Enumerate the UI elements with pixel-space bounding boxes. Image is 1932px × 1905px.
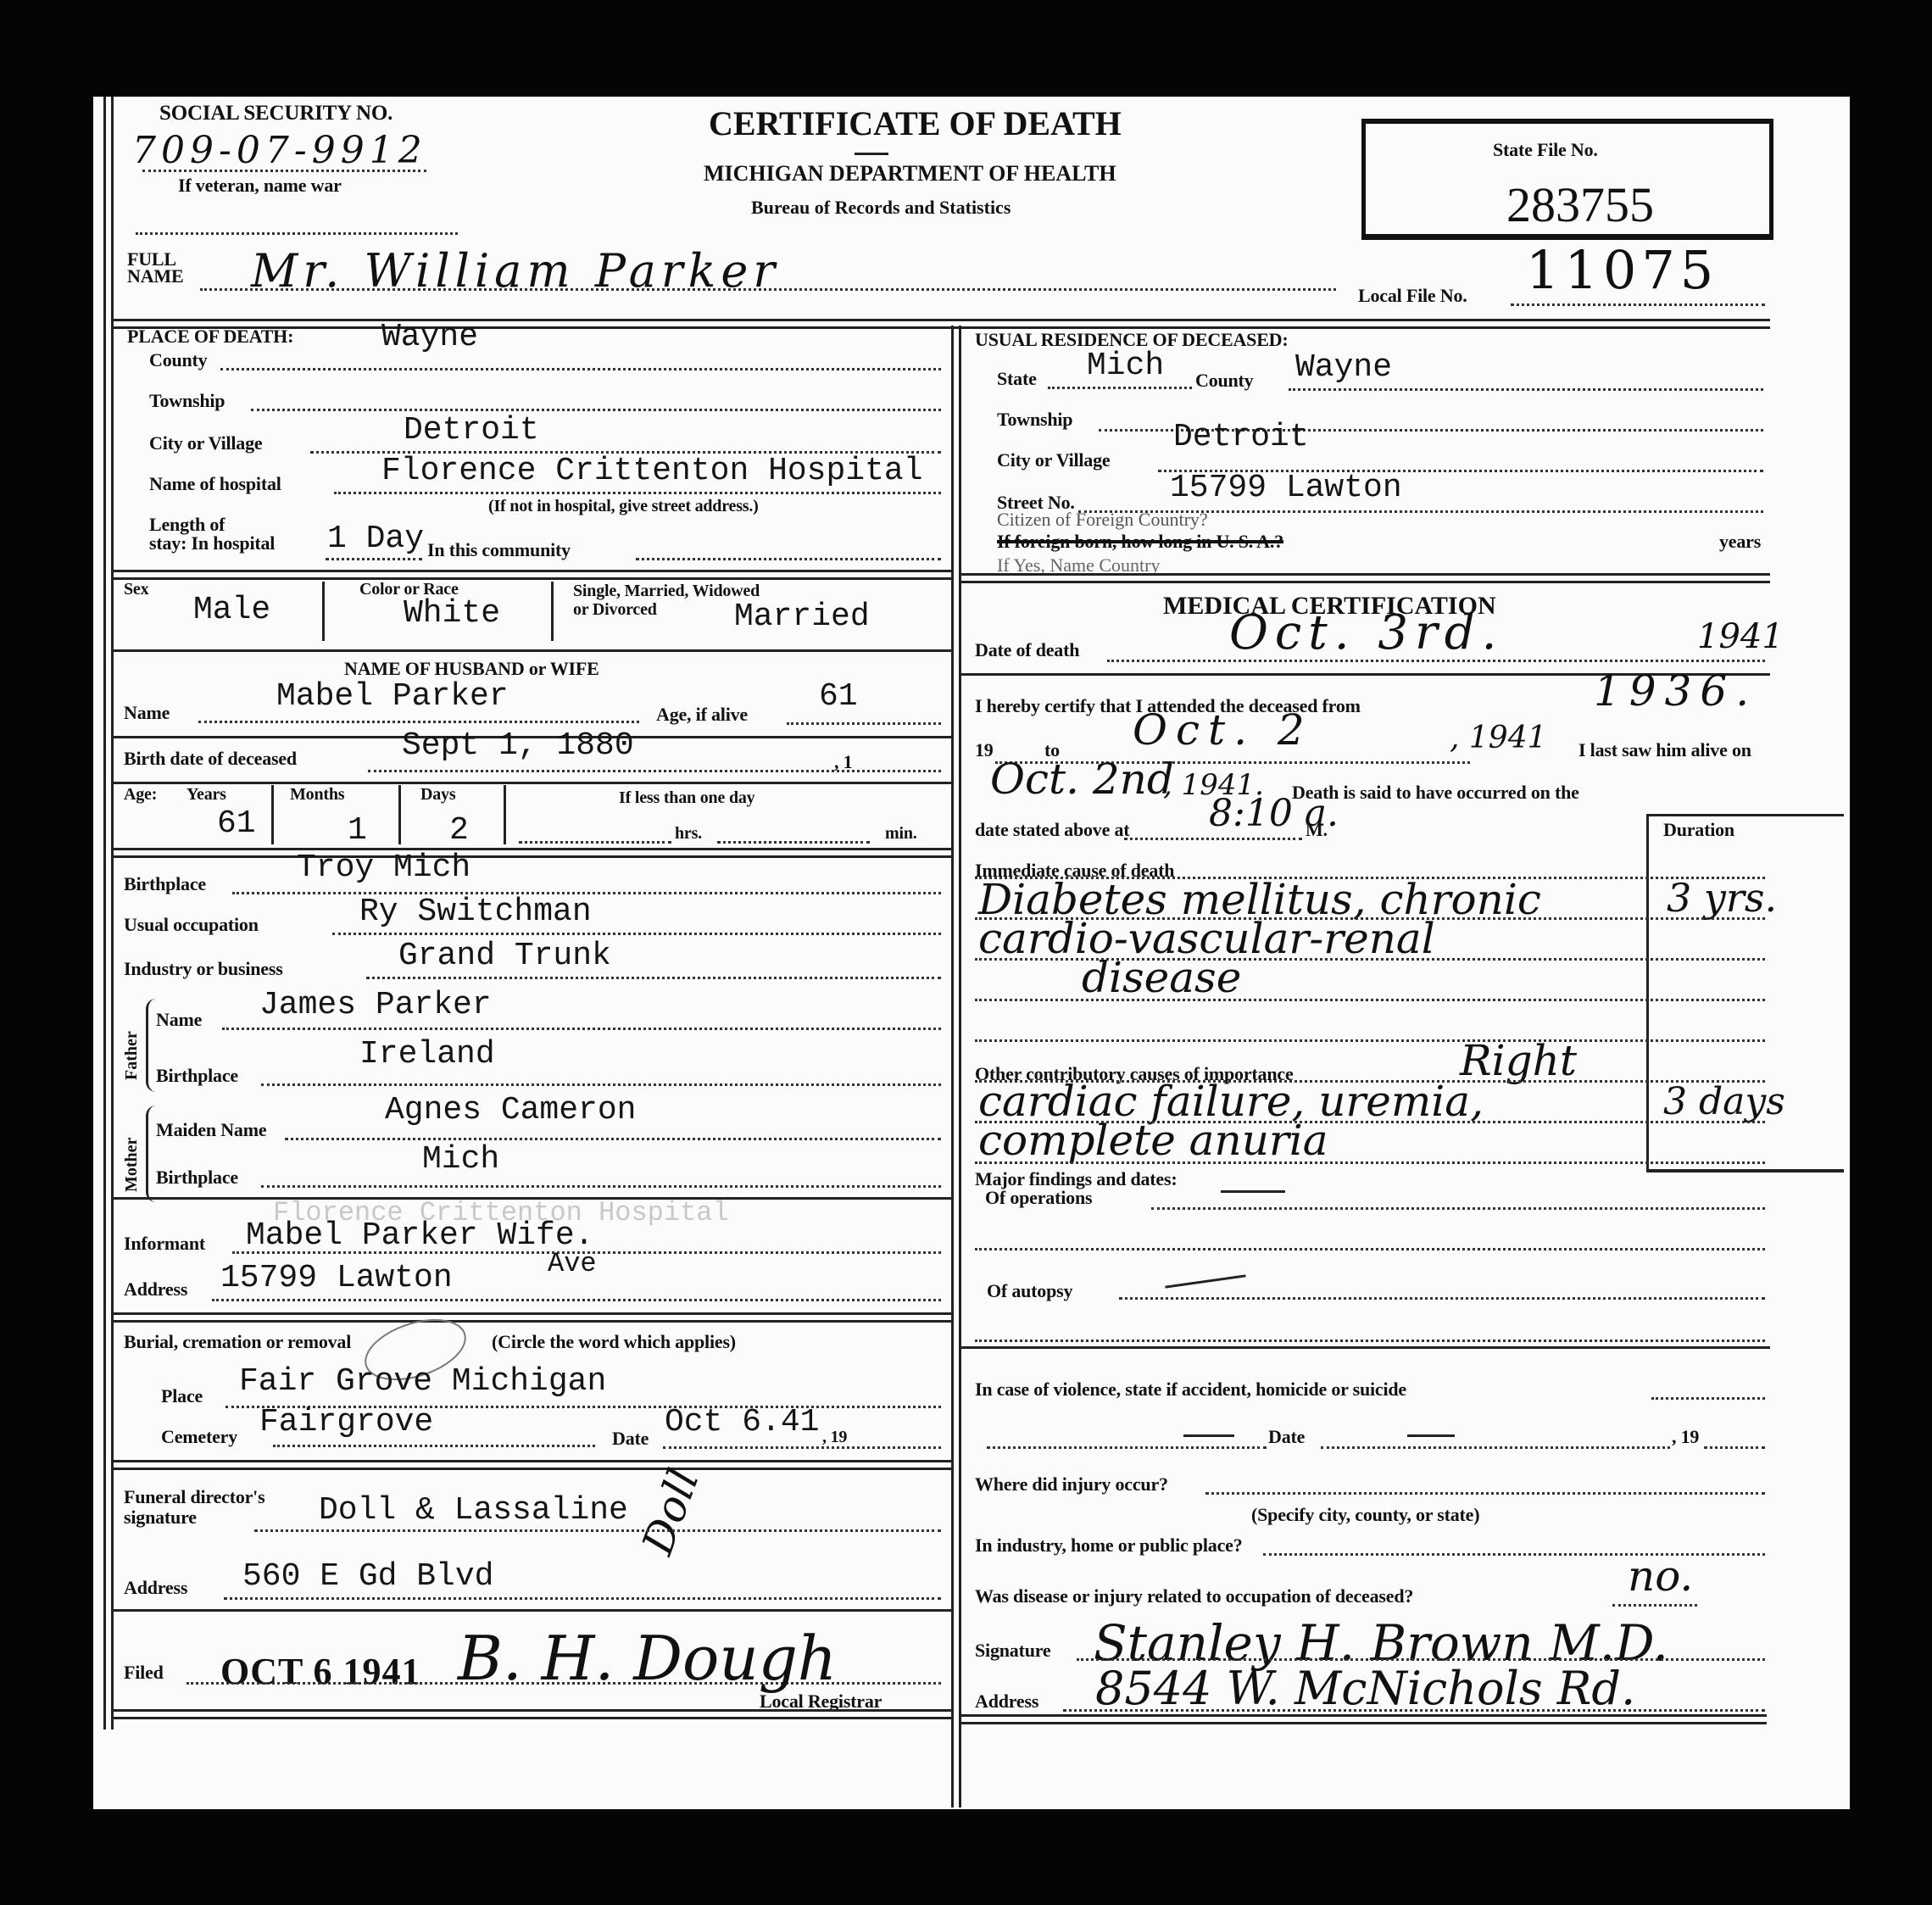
cause-line-4 <box>975 999 1765 1001</box>
mother-maiden-label: Maiden Name <box>156 1119 266 1141</box>
mother-maiden-value: Agnes Cameron <box>385 1092 636 1128</box>
years-label: years <box>1719 531 1761 553</box>
less-than-day-label: If less than one day <box>619 788 754 808</box>
informant-label: Informant <box>124 1233 205 1255</box>
death-city-value: Detroit <box>404 412 539 448</box>
date-of-death-line <box>1107 660 1765 662</box>
industry-line <box>366 977 941 979</box>
filed-label: Filed <box>124 1662 164 1684</box>
attended-to-year: , 1941 <box>1450 721 1547 755</box>
contributory-line-2: complete anuria <box>978 1116 1328 1165</box>
funeral-signature-line <box>254 1529 941 1532</box>
filed-stamp: OCT 6 1941 <box>220 1650 421 1693</box>
personal-divider-1 <box>114 649 953 652</box>
violence-line <box>1651 1397 1765 1400</box>
local-file-label: Local File No. <box>1358 285 1467 307</box>
autopsy-line-2 <box>975 1340 1765 1342</box>
place-of-death-heading: PLACE OF DEATH: <box>127 326 293 348</box>
mother-maiden-line <box>285 1138 941 1140</box>
date-of-death-year: 1941 <box>1697 617 1784 656</box>
father-name-value: James Parker <box>259 987 492 1023</box>
cause-line-5 <box>975 1039 1765 1042</box>
violence-date-label: Date <box>1268 1426 1305 1448</box>
birth-date-line <box>368 770 941 772</box>
industry-value: Grand Trunk <box>398 938 611 974</box>
death-county-line <box>220 368 941 370</box>
res-state-label: State <box>997 368 1037 390</box>
attended-to: Oct. 2 <box>1133 705 1313 755</box>
full-name-label-line2: NAME <box>127 268 183 285</box>
cemetery-line <box>273 1445 595 1447</box>
mother-birthplace-line <box>261 1185 941 1188</box>
date-stated-text: date stated above at <box>975 819 1129 841</box>
right-bottom-divider <box>961 1714 1767 1724</box>
birth-date-value: Sept 1, 1880 <box>402 727 634 764</box>
physician-signature-line <box>1077 1658 1765 1661</box>
autopsy-label: Of autopsy <box>987 1280 1072 1302</box>
operations-line-1 <box>1151 1207 1765 1210</box>
center-divider <box>951 326 961 1808</box>
violence-line-2 <box>987 1446 1267 1449</box>
cemetery-label: Cemetery <box>161 1426 237 1448</box>
physician-address-label: Address <box>975 1691 1038 1713</box>
informant-address-label: Address <box>124 1278 187 1301</box>
ssn-value: 709-07-9912 <box>132 129 427 172</box>
death-county-value: Wayne <box>381 319 478 355</box>
injury-where-label: Where did injury occur? <box>975 1473 1168 1496</box>
physician-signature-label: Signature <box>975 1640 1050 1662</box>
death-certificate-page: SOCIAL SECURITY NO. 709-07-9912 If veter… <box>93 97 1850 1809</box>
age-divider-3 <box>504 785 506 844</box>
injury-where-line <box>1205 1492 1765 1495</box>
spouse-name-line <box>198 721 639 723</box>
burial-date-line <box>663 1446 941 1449</box>
certificate-title: CERTIFICATE OF DEATH <box>709 103 1122 143</box>
place-divider <box>114 570 953 580</box>
spouse-name-label: Name <box>124 702 170 724</box>
personal-divider-3 <box>114 782 953 784</box>
marital-value: Married <box>734 599 870 635</box>
spouse-age-value: 61 <box>819 678 858 715</box>
funeral-address-label: Address <box>124 1577 187 1599</box>
residence-divider <box>961 573 1770 583</box>
burial-divider <box>114 1460 953 1470</box>
spouse-age-line <box>787 722 941 725</box>
father-label: Father <box>122 1031 142 1080</box>
stay-label: Length of stay: In hospital <box>149 515 275 553</box>
burial-place-label: Place <box>161 1385 203 1407</box>
res-city-label: City or Village <box>997 449 1110 471</box>
occupation-related-label: Was disease or injury related to occupat… <box>975 1585 1413 1607</box>
mother-label: Mother <box>122 1138 142 1192</box>
am-pm-label: M. <box>1306 819 1328 841</box>
community-line <box>636 558 941 560</box>
hospital-value: Florence Crittenton Hospital <box>381 453 923 489</box>
state-file-label: State File No. <box>1493 139 1598 161</box>
occupation-related-line <box>1612 1604 1697 1607</box>
department-name: MICHIGAN DEPARTMENT OF HEALTH <box>704 161 1116 187</box>
age-days-value: 2 <box>449 812 469 849</box>
cemetery-value: Fairgrove <box>259 1404 433 1440</box>
autopsy-line-1 <box>1119 1297 1765 1300</box>
veteran-label: If veteran, name war <box>178 175 342 197</box>
spouse-age-label: Age, if alive <box>656 704 748 726</box>
title-underline <box>855 153 888 155</box>
injury-place-label: In industry, home or public place? <box>975 1535 1243 1557</box>
ssn-label: SOCIAL SECURITY NO. <box>159 102 393 125</box>
res-state-value: Mich <box>1087 348 1164 384</box>
father-name-line <box>222 1028 941 1030</box>
father-name-label: Name <box>156 1009 202 1031</box>
state-file-number: 283755 <box>1506 176 1654 233</box>
birth-date-comma: , 1 <box>834 751 852 773</box>
death-township-line <box>251 409 941 411</box>
mother-birthplace-value: Mich <box>422 1141 499 1178</box>
personal-divider-4 <box>114 848 953 858</box>
age-years-label: Years <box>187 785 226 805</box>
res-township-label: Township <box>997 409 1072 431</box>
local-file-line <box>1511 304 1765 306</box>
burial-date-label: Date <box>612 1428 649 1450</box>
duration-label: Duration <box>1663 819 1734 841</box>
funeral-signature-value: Doll & Lassaline <box>319 1492 628 1529</box>
state-file-box: State File No. 283755 <box>1361 119 1773 240</box>
stay-label-line2: stay: In hospital <box>149 534 275 553</box>
birth-date-label: Birth date of deceased <box>124 748 297 770</box>
stay-line <box>326 558 422 560</box>
race-value: White <box>404 595 500 632</box>
medical-divider-2 <box>961 1346 1770 1349</box>
res-county-label: County <box>1195 370 1254 392</box>
stay-label-line1: Length of <box>149 515 275 534</box>
age-divider-1 <box>271 785 274 844</box>
funeral-signature-hand: Doll <box>632 1462 708 1561</box>
industry-label: Industry or business <box>124 958 283 980</box>
age-divider-2 <box>398 785 401 844</box>
informant-address-line <box>212 1299 941 1301</box>
marital-label: Single, Married, Widowed or Divorced <box>573 582 760 619</box>
informant-divider <box>114 1312 953 1323</box>
occupation-related-value: no. <box>1628 1551 1693 1601</box>
burial-note: (Circle the word which applies) <box>492 1331 736 1353</box>
informant-address-suffix: Ave <box>548 1248 597 1279</box>
veteran-line <box>136 232 458 235</box>
death-city-label: City or Village <box>149 432 262 454</box>
funeral-signature-label-line2: signature <box>124 1507 264 1528</box>
stay-value: 1 Day <box>327 521 424 557</box>
injury-where-note: (Specify city, county, or state) <box>1251 1504 1479 1526</box>
immediate-cause-duration: 3 yrs. <box>1667 875 1777 921</box>
contrib-line-3 <box>975 1161 1765 1164</box>
hrs-line <box>519 841 671 844</box>
header-divider <box>114 319 1770 329</box>
foreign-born-label: If foreign born, how long in U. S. A.? <box>997 531 1283 553</box>
time-line <box>1124 838 1302 840</box>
father-birthplace-value: Ireland <box>359 1036 495 1072</box>
autopsy-dash <box>1165 1274 1245 1288</box>
violence-dash-1 <box>1183 1434 1234 1437</box>
funeral-address-value: 560 E Gd Blvd <box>242 1558 493 1595</box>
occupation-line <box>332 933 941 935</box>
burial-place-value: Fair Grove Michigan <box>239 1363 606 1400</box>
race-divider <box>551 582 554 641</box>
death-township-label: Township <box>149 390 225 412</box>
full-name-label: FULL NAME <box>127 251 183 285</box>
citizen-label: Citizen of Foreign Country? <box>997 509 1208 531</box>
burial-date-suffix: , 19 <box>822 1428 847 1447</box>
violence-dash-2 <box>1407 1434 1455 1437</box>
full-name-line <box>200 288 1336 291</box>
death-county-label: County <box>149 349 208 371</box>
age-months-value: 1 <box>348 812 367 849</box>
sex-value: Male <box>193 592 270 628</box>
spouse-name-value: Mabel Parker <box>276 678 509 715</box>
funeral-address-line <box>224 1597 941 1600</box>
mother-birthplace-label: Birthplace <box>156 1167 238 1189</box>
burial-heading: Burial, cremation or removal <box>124 1331 351 1353</box>
physician-address: 8544 W. McNichols Rd. <box>1095 1662 1635 1715</box>
res-county-line <box>1289 388 1763 391</box>
violence-label: In case of violence, state if accident, … <box>975 1379 1406 1401</box>
bureau-name: Bureau of Records and Statistics <box>751 197 1011 219</box>
age-months-label: Months <box>290 785 344 805</box>
birthplace-value: Troy Mich <box>297 849 470 886</box>
hrs-label: hrs. <box>675 824 702 844</box>
hospital-label: Name of hospital <box>149 473 281 495</box>
funeral-signature-label-line1: Funeral director's <box>124 1487 264 1507</box>
physician-address-line <box>1063 1709 1765 1712</box>
sex-divider <box>322 582 325 641</box>
marital-label-line2: or Divorced <box>573 600 760 619</box>
left-bottom-divider <box>114 1709 953 1719</box>
res-street-value: 15799 Lawton <box>1170 470 1402 506</box>
age-days-label: Days <box>420 785 455 805</box>
sex-label: Sex <box>124 580 148 599</box>
contributory-duration: 3 days <box>1663 1080 1785 1123</box>
hospital-line <box>334 492 941 494</box>
informant-value: Mabel Parker Wife. <box>246 1217 593 1254</box>
father-birthplace-line <box>261 1083 941 1086</box>
operations-line-2 <box>975 1248 1765 1251</box>
violence-year-line <box>1704 1446 1765 1449</box>
min-line <box>717 841 870 844</box>
left-border <box>103 97 114 1730</box>
immediate-cause-line-3: disease <box>1082 953 1241 1002</box>
local-file-number: 11075 <box>1526 239 1718 301</box>
date-of-death-value: Oct. 3rd. <box>1229 605 1503 660</box>
min-label: min. <box>885 824 917 844</box>
ssn-line <box>142 170 426 172</box>
last-saw-value: Oct. 2nd <box>990 755 1174 804</box>
registrar-signature: B. H. Dough <box>458 1623 837 1694</box>
funeral-signature-label: Funeral director's signature <box>124 1487 264 1528</box>
burial-date-value: Oct 6.41 <box>665 1404 819 1440</box>
birthplace-label: Birthplace <box>124 873 206 895</box>
major-findings-dash <box>1221 1190 1285 1193</box>
occupation-value: Ry Switchman <box>359 894 592 930</box>
age-label: Age: <box>124 785 157 805</box>
father-birthplace-label: Birthplace <box>156 1065 238 1087</box>
community-label: In this community <box>427 539 571 561</box>
date-of-death-label: Date of death <box>975 639 1079 661</box>
operations-label: Of operations <box>985 1187 1092 1209</box>
violence-date-line <box>1321 1446 1670 1449</box>
last-saw-text: I last saw him alive on <box>1578 739 1751 761</box>
occupation-label: Usual occupation <box>124 914 259 936</box>
res-city-value: Detroit <box>1173 419 1309 455</box>
age-years-value: 61 <box>217 805 256 842</box>
informant-address-value: 15799 Lawton <box>220 1260 453 1296</box>
marital-label-line1: Single, Married, Widowed <box>573 582 760 600</box>
attended-from: 1936. <box>1594 666 1757 716</box>
violence-year-label: , 19 <box>1672 1426 1699 1448</box>
hospital-note: (If not in hospital, give street address… <box>488 497 759 516</box>
res-county-value: Wayne <box>1295 349 1392 386</box>
res-state-line <box>1048 387 1192 389</box>
funeral-divider <box>114 1609 953 1612</box>
spouse-heading: NAME OF HUSBAND or WIFE <box>344 658 599 680</box>
